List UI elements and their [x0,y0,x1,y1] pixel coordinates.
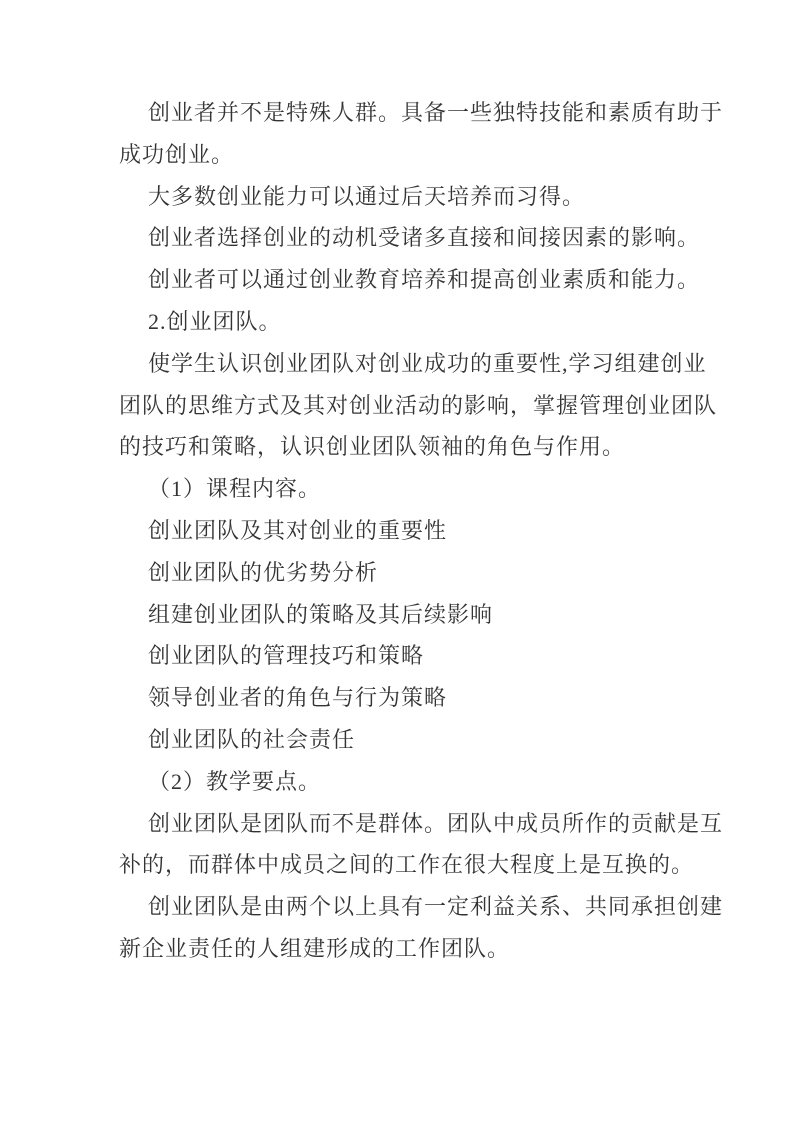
text-line: 创业者选择创业的动机受诸多直接和间接因素的影响。 [119,217,685,259]
text-line: 的技巧和策略，认识创业团队领袖的角色与作用。 [119,426,685,468]
text-line: 补的，而群体中成员之间的工作在很大程度上是互换的。 [119,844,685,886]
text-line: 创业团队及其对创业的重要性 [119,510,685,552]
text-line: 创业团队是团队而不是群体。团队中成员所作的贡献是互 [119,803,685,845]
text-line: 创业者并不是特殊人群。具备一些独特技能和素质有助于 [119,92,685,134]
text-line: 创业团队的管理技巧和策略 [119,635,685,677]
text-line: 创业团队的社会责任 [119,719,685,761]
text-line: 团队的思维方式及其对创业活动的影响，掌握管理创业团队 [119,385,685,427]
text-line: 创业者可以通过创业教育培养和提高创业素质和能力。 [119,259,685,301]
text-line: 新企业责任的人组建形成的工作团队。 [119,928,685,970]
text-line: 使学生认识创业团队对创业成功的重要性,学习组建创业 [119,343,685,385]
text-line: 创业团队的优劣势分析 [119,552,685,594]
text-line: 大多数创业能力可以通过后天培养而习得。 [119,176,685,218]
document-page: 创业者并不是特殊人群。具备一些独特技能和素质有助于成功创业。大多数创业能力可以通… [0,0,793,1122]
text-line: 领导创业者的角色与行为策略 [119,677,685,719]
text-line: （1）课程内容。 [119,468,685,510]
text-line: （2）教学要点。 [119,761,685,803]
text-line: 组建创业团队的策略及其后续影响 [119,594,685,636]
document-body: 创业者并不是特殊人群。具备一些独特技能和素质有助于成功创业。大多数创业能力可以通… [119,92,685,970]
text-line: 创业团队是由两个以上具有一定利益关系、共同承担创建 [119,886,685,928]
text-line: 成功创业。 [119,134,685,176]
text-line: 2.创业团队。 [119,301,685,343]
